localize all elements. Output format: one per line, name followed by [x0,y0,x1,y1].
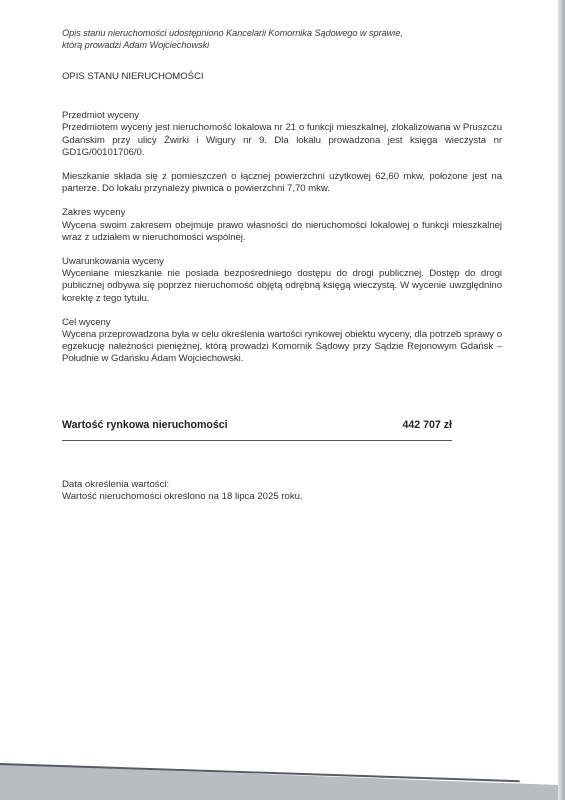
scanner-edge-right [558,0,565,800]
section-heading: Zakres wyceny [62,207,502,219]
section-paragraph: Wyceniane mieszkanie nie posiada bezpośr… [62,268,502,305]
market-value-amount: 442 707 zł [403,419,452,431]
market-value-divider [62,440,452,441]
section-purpose: Cel wyceny Wycena przeprowadzona była w … [62,317,502,366]
intro-line: którą prowadzi Adam Wojciechowski [62,39,502,51]
intro-note: Opis stanu nieruchomości udostępniono Ka… [62,27,502,51]
section-paragraph: Mieszkanie składa się z pomieszczeń o łą… [62,171,502,195]
document-body: Opis stanu nieruchomości udostępniono Ka… [62,27,502,366]
document-title: OPIS STANU NIERUCHOMOŚCI [62,71,502,83]
market-value-label: Wartość rynkowa nieruchomości [62,419,228,431]
section-subject: Przedmiot wyceny Przedmiotem wyceny jest… [62,110,502,195]
section-heading: Cel wyceny [62,317,502,329]
section-paragraph: Przedmiotem wyceny jest nieruchomość lok… [62,122,502,159]
intro-line: Opis stanu nieruchomości udostępniono Ka… [62,27,502,39]
section-paragraph: Wycena swoim zakresem obejmuje prawo wła… [62,220,502,244]
section-scope: Zakres wyceny Wycena swoim zakresem obej… [62,207,502,244]
valuation-date-block: Data określenia wartości: Wartość nieruc… [62,479,462,503]
valuation-date-text: Wartość nieruchomości określono na 18 li… [62,491,462,503]
section-heading: Uwarunkowania wyceny [62,256,502,268]
section-paragraph: Wycena przeprowadzona była w celu określ… [62,329,502,366]
market-value-row: Wartość rynkowa nieruchomości 442 707 zł [62,419,452,431]
section-conditions: Uwarunkowania wyceny Wyceniane mieszkani… [62,256,502,305]
valuation-date-label: Data określenia wartości: [62,479,462,491]
section-heading: Przedmiot wyceny [62,110,502,122]
